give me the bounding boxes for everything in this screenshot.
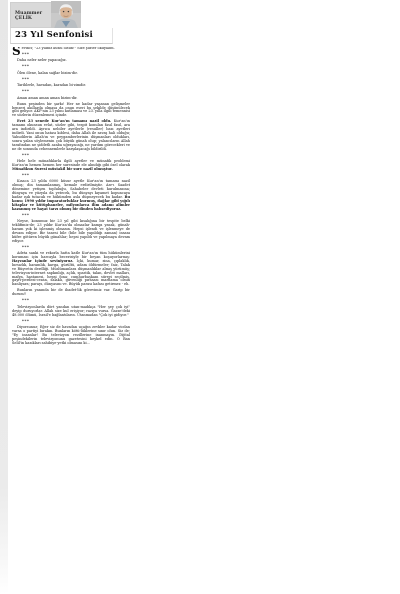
article-paragraph: Evet 23 senede Kur'an'ın tamamı nazil ol… (12, 120, 130, 151)
article-paragraph: Bunların yanında bir de ibadet-lik görev… (12, 289, 130, 297)
section-separator: *** (22, 174, 130, 178)
article-paragraph: Tarihlerle, havadan, karadan bi-zimdir. (12, 84, 130, 88)
author-name: Muammer ÇELİK (15, 11, 42, 22)
author-last-name: ÇELİK (15, 16, 42, 21)
article-paragraph: Bunu peşinden bir şarkı! Her ne kadar ya… (12, 103, 130, 119)
text-segment: evinci; "23 yılınız kutlu olsun!" Size ş… (22, 47, 115, 50)
article-paragraph: Neyse, konumuz bir 23 yıl gibi kısalığın… (12, 220, 130, 243)
article-paragraph: Hele hele münafıklarla ilgili ayetler ve… (12, 160, 130, 172)
article-paragraph: Aman aman aman aman bizim-dir. (12, 97, 130, 101)
article-body: Sevinci; "23 yılınız kutlu olsun!" Size … (12, 47, 130, 594)
article-paragraph: Kısaca 23 yılda 6000 küsur ayetle Kur'an… (12, 180, 130, 211)
article-paragraph: Televizyonlarda dört yandan utan-madıkça… (12, 306, 130, 318)
page-left-margin (0, 0, 8, 594)
text-segment: Adeta sanki ve rekorla hatta katle Kur'a… (12, 251, 130, 259)
article-title: 23 Yıl Senfonisi (10, 28, 113, 44)
author-photo (51, 1, 81, 31)
drop-cap: S (12, 47, 22, 57)
text-segment: Kısaca 23 yılda 6000 küsur ayetle Kur'an… (12, 179, 130, 199)
text-segment: İçki, kumar, zina, çıplaklık, hırsızlık,… (12, 259, 130, 286)
text-segment: Daha neler neler yapacağız. (17, 58, 67, 62)
text-segment: Kur'an'ın tamamı okunsun evlat, sözler g… (12, 119, 130, 150)
text-segment: Bunu peşinden bir şarkı! Her ne kadar ya… (12, 102, 130, 118)
section-separator: *** (22, 320, 130, 324)
text-segment: Bunların yanında bir de ibadet-lik görev… (12, 288, 130, 296)
author-portrait-icon (51, 1, 81, 31)
section-separator: *** (22, 299, 130, 303)
bold-text-segment: Münafikun Suresi müstakil bir sure nazil… (12, 167, 113, 171)
section-separator: *** (22, 78, 130, 82)
article-column: Muammer ÇELİK 23 Yıl S (10, 0, 132, 594)
section-separator: *** (22, 53, 130, 57)
text-segment: Televizyonlarda dört yandan utan-madıkça… (12, 305, 130, 317)
text-segment: Hele hele münafıklarla ilgili ayetler ve… (12, 159, 130, 167)
article-paragraph: Sevinci; "23 yılınız kutlu olsun!" Size … (12, 47, 130, 51)
text-segment: Aman aman aman aman bizim-dir. (17, 96, 77, 100)
section-separator: *** (22, 65, 130, 69)
text-segment: Neyse, konumuz bir 23 yıl gibi kısalığın… (12, 219, 130, 243)
article-paragraph: Ölen ölene, kalan sağlar bizim-dir. (12, 72, 130, 76)
text-segment: Diyorsunuz; Eğer siz de havadan uçağın z… (12, 325, 130, 345)
author-header: Muammer ÇELİK (10, 2, 78, 28)
text-segment: Ölen ölene, kalan sağlar bizim-dir. (17, 71, 78, 75)
page: Muammer ÇELİK 23 Yıl S (0, 0, 400, 594)
article-paragraph: Adeta sanki ve rekorla hatta katle Kur'a… (12, 252, 130, 287)
text-segment: Tarihlerle, havadan, karadan bi-zimdir. (17, 83, 86, 87)
section-separator: *** (22, 246, 130, 250)
section-separator: *** (22, 214, 130, 218)
article-paragraph: Daha neler neler yapacağız. (12, 59, 130, 63)
section-separator: *** (22, 90, 130, 94)
article-paragraph: Diyorsunuz; Eğer siz de havadan uçağın z… (12, 326, 130, 346)
section-separator: *** (22, 154, 130, 158)
